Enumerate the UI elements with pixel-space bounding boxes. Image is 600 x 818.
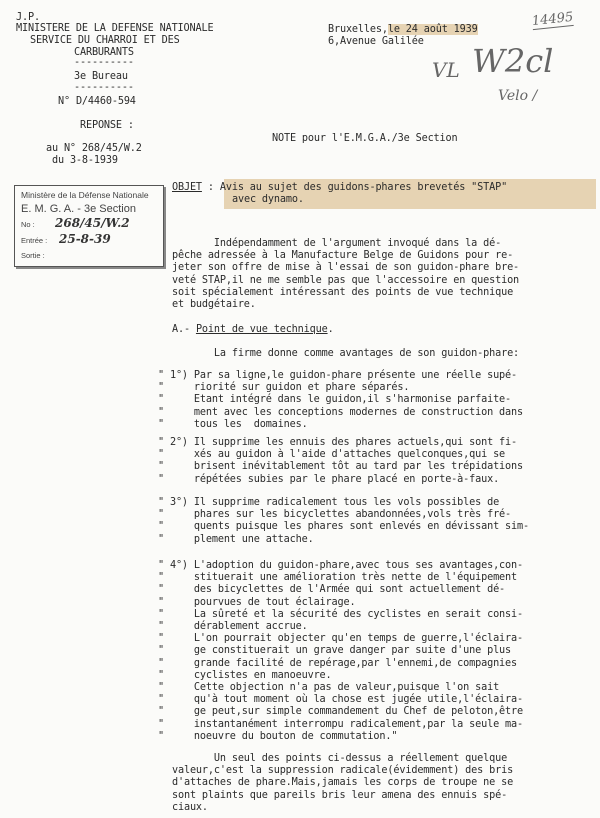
objet-line-2: avec dynamo. [232, 194, 304, 206]
stamp-no-label: No : [21, 220, 35, 229]
stamp-ministry: Ministère de la Défense Nationale [21, 190, 149, 200]
advantage-line: " qu'à tout moment où la chose est jugée… [158, 694, 523, 706]
section-a-title: Point de vue technique [196, 324, 328, 335]
advantage-line: " L'on pourrait objecter qu'en temps de … [158, 633, 523, 645]
advantage-line: " quents puisque les phares sont enlevés… [158, 521, 529, 533]
advantage-line: " plement une attache. [158, 534, 529, 546]
advantage-line: " stituerait une amélioration très nette… [158, 572, 523, 584]
objet-line-1: OBJET : Avis au sujet des guidons-phares… [172, 182, 507, 194]
header-rule-1: ---------- [74, 57, 134, 69]
conclusion-line: Un seul des points ci-dessus a réellemen… [172, 753, 513, 765]
advantage-point: " 3°) Il supprime radicalement tous les … [158, 497, 529, 546]
stamp-no-value: 268/45/W.2 [55, 216, 130, 230]
advantage-line: " noeuvre du bouton de commutation." [158, 731, 523, 743]
objet-label: OBJET [172, 182, 202, 193]
conclusion-line: ciaux. [172, 802, 513, 814]
reception-stamp: Ministère de la Défense Nationale E. M. … [14, 185, 164, 267]
reply-to-reference: au N° 268/45/W.2 [46, 143, 142, 155]
advantage-line: " tous les domaines. [158, 419, 523, 431]
conclusion-paragraph: Un seul des points ci-dessus a réellemen… [172, 753, 513, 814]
advantage-line: " Etant intégré dans le guidon,il s'harm… [158, 394, 523, 406]
firm-intro: La firme donne comme avantages de son gu… [172, 348, 519, 360]
advantage-line: " 2°) Il supprime les ennuis des phares … [158, 437, 523, 449]
advantage-point: " 4°) L'adoption du guidon-phare,avec to… [158, 560, 523, 743]
advantage-line: " répétées subies par le phare placé en … [158, 474, 523, 486]
advantage-line: " La sûreté et la sécurité des cyclistes… [158, 609, 523, 621]
service-line-1: SERVICE DU CHARROI ET DES [30, 35, 180, 47]
section-a-heading: A.- Point de vue technique. [172, 324, 334, 336]
letter-date: le 24 août 1939 [388, 24, 478, 35]
handwritten-registry-number: 14495 [531, 10, 574, 30]
stamp-entree-label: Entrée : [21, 236, 47, 245]
stamp-entree-value: 25-8-39 [59, 232, 111, 246]
advantage-line: " brisent inévitablement tôt au tard par… [158, 461, 523, 473]
handwritten-mark-velo: Velo / [498, 88, 537, 104]
advantage-line: " 3°) Il supprime radicalement tous les … [158, 497, 529, 509]
advantage-line: " grande facilité de repérage,par l'enne… [158, 658, 523, 670]
ministry-name: MINISTERE DE LA DEFENSE NATIONALE [16, 23, 213, 35]
conclusion-line: d'attaches de phare.Mais,jamais les corp… [172, 777, 513, 789]
intro-line: veté STAP,il ne me semble pas que l'acce… [172, 275, 519, 287]
advantage-line: " Cette objection n'a pas de valeur,puis… [158, 682, 523, 694]
intro-paragraph: Indépendamment de l'argument invoqué dan… [172, 238, 519, 311]
intro-line: jeter son offre de mise à l'essai de son… [172, 262, 519, 274]
conclusion-line: valeur,c'est la suppression radicale(évi… [172, 765, 513, 777]
advantage-line: " phares sur les bicyclettes abandonnées… [158, 509, 529, 521]
objet-subject: Avis au sujet des guidons-phares breveté… [220, 182, 507, 193]
conclusion-line: sont plaints que pareils bris leur amena… [172, 790, 513, 802]
advantage-line: " instantanément interrompu radicalement… [158, 719, 523, 731]
reply-to-date: du 3-8-1939 [52, 155, 118, 167]
advantage-line: " dérablement accrue. [158, 621, 523, 633]
place-date: Bruxelles,le 24 août 1939 [328, 24, 478, 36]
advantage-line: " cyclistes en manoeuvre. [158, 670, 523, 682]
stamp-sortie-label: Sortie : [21, 251, 45, 260]
address: 6,Avenue Galilée [328, 36, 424, 48]
note-title: NOTE pour l'E.M.G.A./3e Section [272, 133, 458, 145]
stamp-section: E. M. G. A. - 3e Section [21, 203, 136, 215]
advantage-line: " ge constituerait un grave danger par s… [158, 645, 523, 657]
city: Bruxelles, [328, 24, 388, 35]
advantage-line: " ge peut,sur simple commandement du Che… [158, 706, 523, 718]
intro-line: et budgétaire. [172, 299, 519, 311]
handwritten-mark-vl: VL [432, 58, 460, 82]
advantage-line: " des bicyclettes de l'Armée qui sont ac… [158, 584, 523, 596]
advantage-line: " xés au guidon à l'aide d'attaches quel… [158, 449, 523, 461]
reference-number: N° D/4460-594 [58, 96, 136, 108]
advantage-line: " 1°) Par sa ligne,le guidon-phare prése… [158, 370, 523, 382]
advantage-point: " 1°) Par sa ligne,le guidon-phare prése… [158, 370, 523, 431]
header-rule-2: ---------- [74, 82, 134, 94]
advantage-line: " ment avec les conceptions modernes de … [158, 407, 523, 419]
advantage-line: " riorité sur guidon et phare séparés. [158, 382, 523, 394]
advantage-line: " 4°) L'adoption du guidon-phare,avec to… [158, 560, 523, 572]
intro-line: pêche adressée à la Manufacture Belge de… [172, 250, 519, 262]
intro-line: soit spécialement intéressant des points… [172, 287, 519, 299]
advantage-line: " pourvues de tout éclairage. [158, 597, 523, 609]
advantage-point: " 2°) Il supprime les ennuis des phares … [158, 437, 523, 486]
intro-line: Indépendamment de l'argument invoqué dan… [172, 238, 519, 250]
handwritten-mark-w2cl: W2cl [472, 42, 553, 80]
reponse-label: REPONSE : [80, 120, 134, 132]
